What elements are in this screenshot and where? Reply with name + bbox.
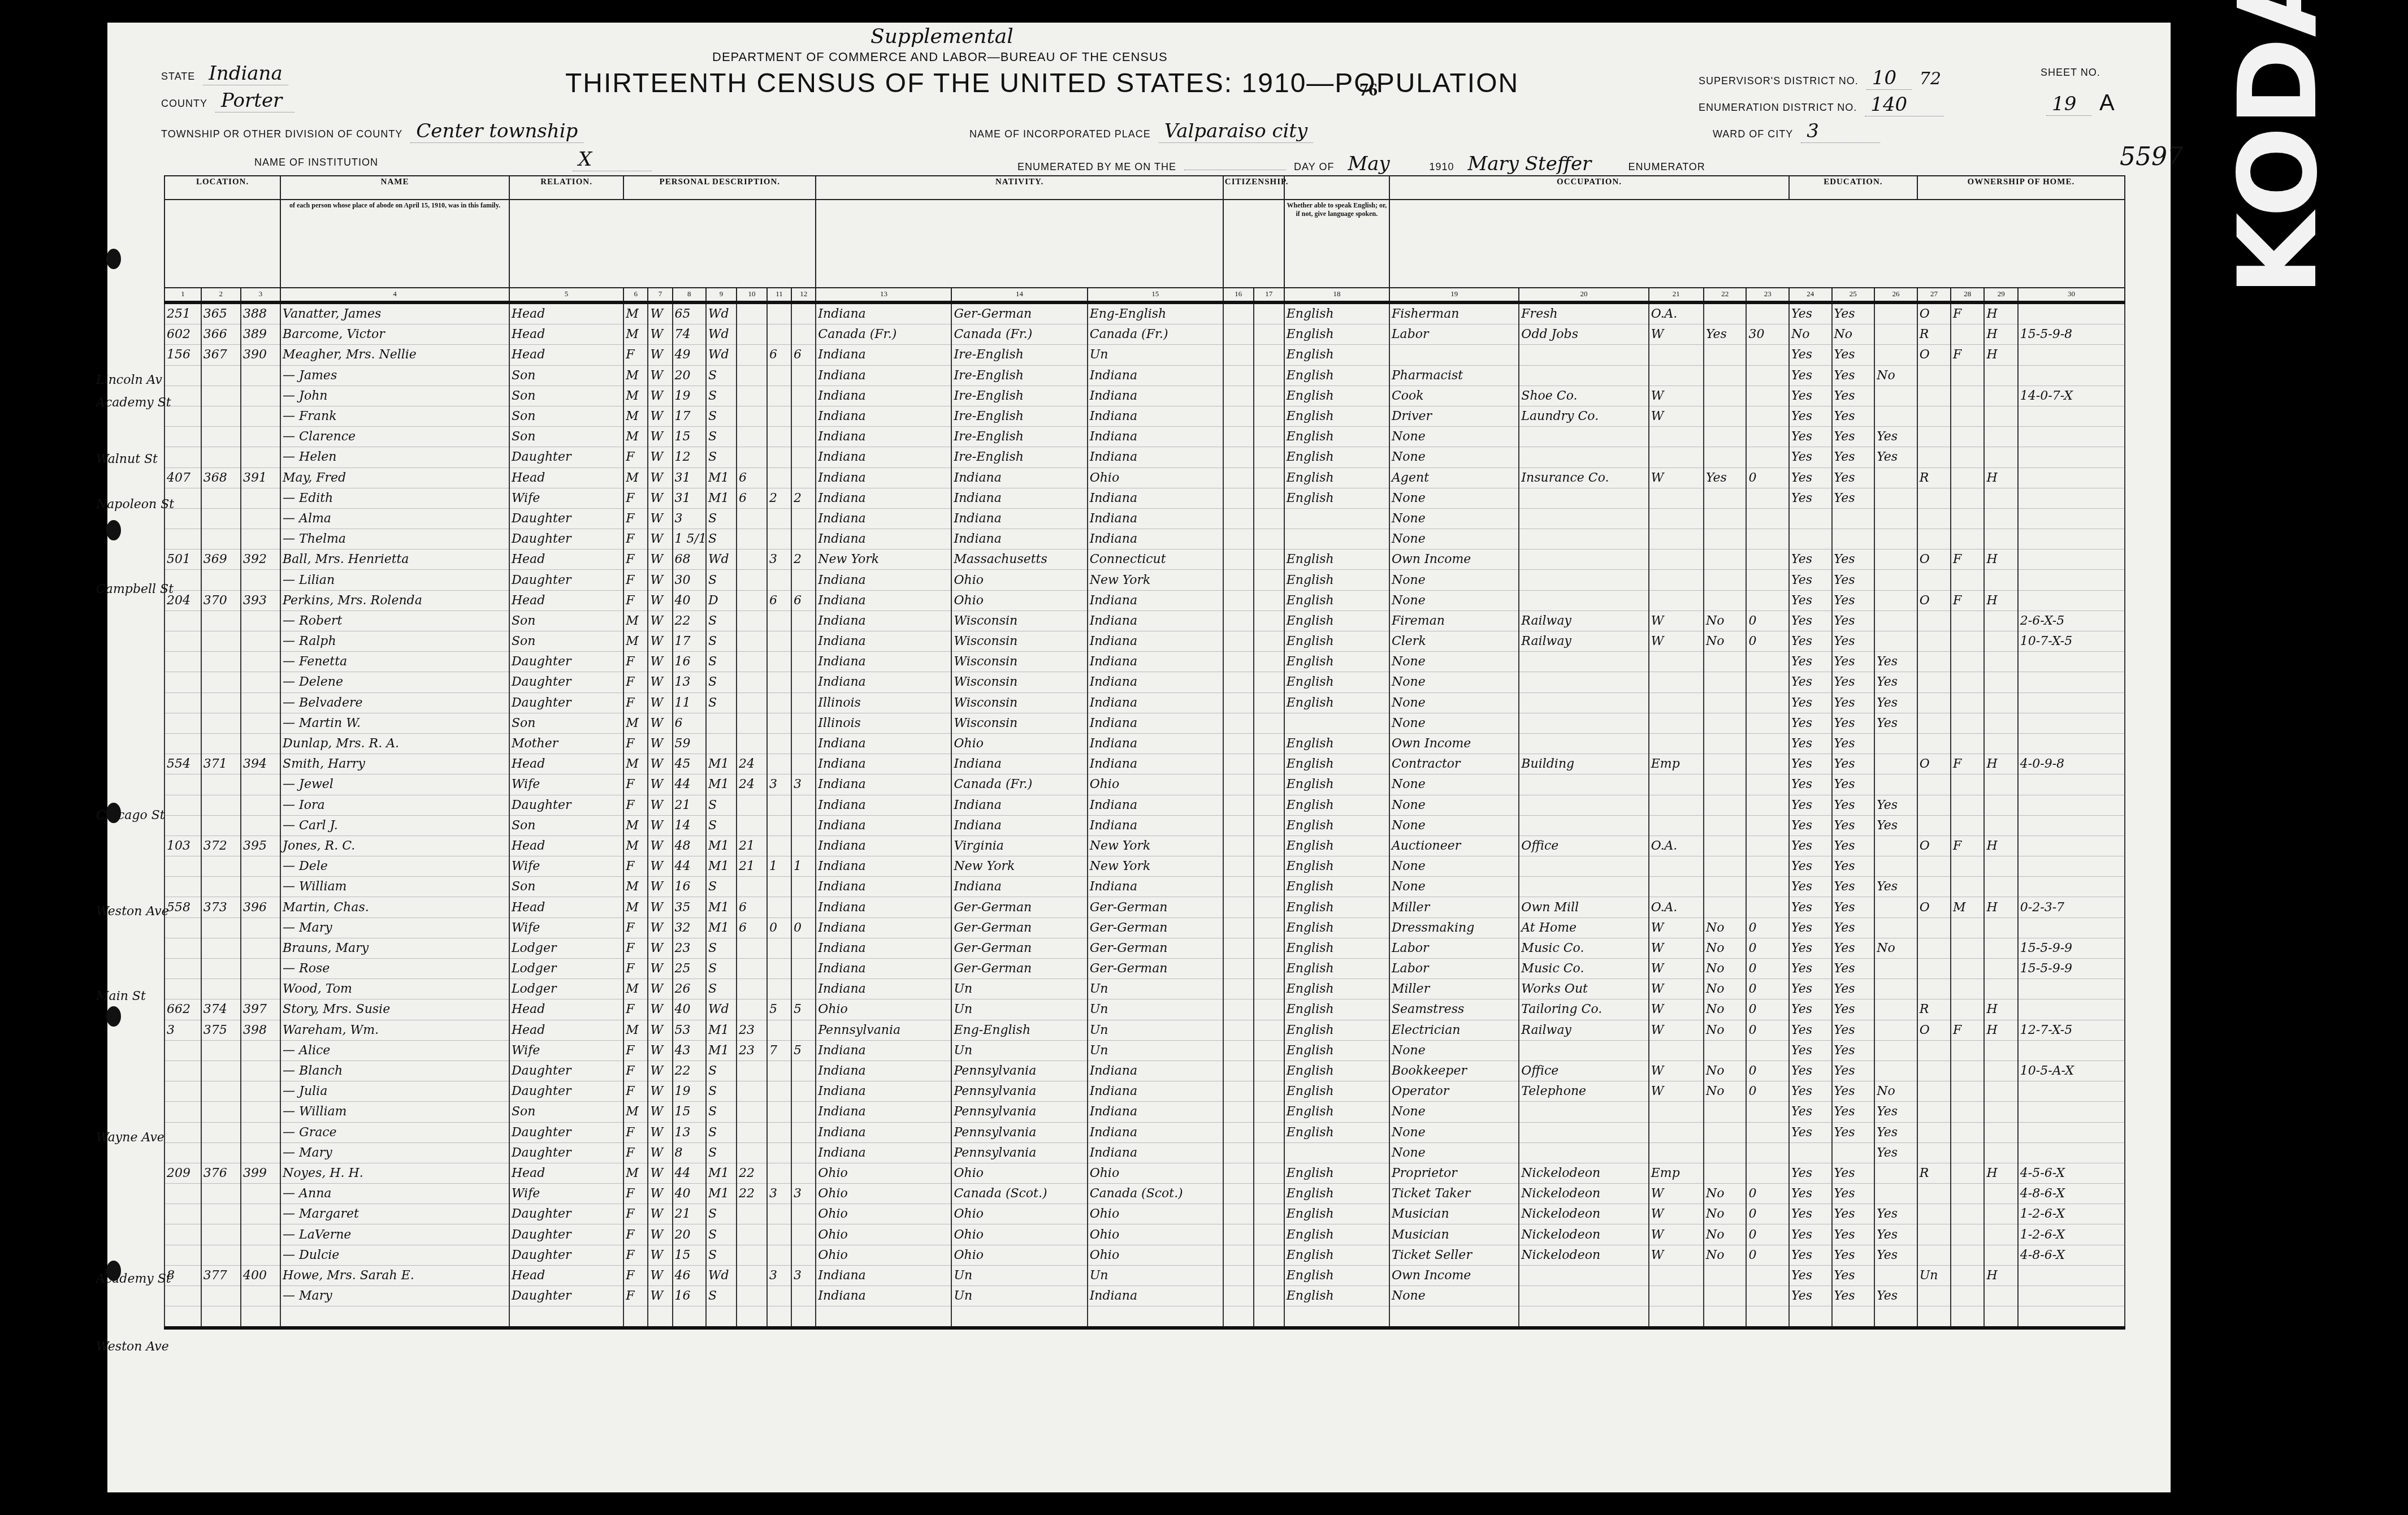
cell-trade: None	[1389, 570, 1519, 590]
cell-house-farm	[1984, 631, 2017, 652]
cell-birthplace: Indiana	[816, 631, 951, 652]
cell-father-bp: Ohio	[951, 1245, 1087, 1265]
cell-house	[164, 1286, 201, 1306]
cell-trade: None	[1389, 1102, 1519, 1122]
cell-class	[1649, 815, 1704, 836]
cell-write: Yes	[1832, 979, 1875, 999]
cell-out-of-work	[1704, 815, 1747, 836]
cell-trade: Driver	[1389, 406, 1519, 426]
cell-class: W	[1649, 959, 1704, 979]
cell-free	[1951, 1184, 1984, 1204]
cell-weeks-out	[1746, 1163, 1789, 1183]
cell-weeks-out: 30	[1746, 324, 1789, 345]
cell-mother-bp: Indiana	[1088, 427, 1223, 447]
cell-out-of-work	[1704, 672, 1747, 692]
cell-school	[1874, 302, 1917, 324]
cell-born	[767, 652, 791, 672]
cell-school: Yes	[1874, 652, 1917, 672]
cell-marital: S	[706, 652, 737, 672]
cell-age: 35	[673, 897, 706, 917]
cell-sched	[2018, 427, 2125, 447]
cell-father-bp: Ger-German	[951, 302, 1087, 324]
cell-dwelling	[201, 1142, 241, 1163]
cell-owned	[1917, 1184, 1951, 1204]
cell-owned	[1917, 529, 1951, 549]
cell-born	[767, 1306, 791, 1328]
cell-name: Martin, Chas.	[280, 897, 509, 917]
supervisor-no: 10	[1866, 67, 1912, 90]
cell-age: 44	[673, 774, 706, 795]
cell-cit1	[1223, 938, 1254, 958]
cell-cit2	[1254, 999, 1284, 1020]
census-row: — LilianDaughterFW30SIndianaOhioNew York…	[164, 570, 2125, 590]
census-row: — AlmaDaughterFW3SIndianaIndianaIndianaN…	[164, 508, 2125, 529]
cell-relation: Wife	[509, 1184, 623, 1204]
cell-father-bp: Ohio	[951, 590, 1087, 611]
cell-father-bp: Un	[951, 1265, 1087, 1285]
cell-industry: At Home	[1519, 917, 1648, 938]
cell-marital: M1	[706, 1020, 737, 1040]
cell-class	[1649, 692, 1704, 713]
cell-weeks-out	[1746, 590, 1789, 611]
cell-free	[1951, 959, 1984, 979]
cell-cit1	[1223, 692, 1254, 713]
cell-living: 2	[791, 488, 816, 508]
cell-owned	[1917, 365, 1951, 386]
cell-language: English	[1284, 1163, 1389, 1183]
cell-cit2	[1254, 447, 1284, 468]
cell-family	[241, 652, 280, 672]
cell-cit2	[1254, 302, 1284, 324]
cell-owned	[1917, 386, 1951, 406]
cell-trade: Bookkeeper	[1389, 1060, 1519, 1081]
cell-language: English	[1284, 447, 1389, 468]
census-row: — HelenDaughterFW12SIndianaIre-EnglishIn…	[164, 447, 2125, 468]
cell-write	[1832, 508, 1875, 529]
cell-read	[1789, 529, 1832, 549]
cell-father-bp: Ire-English	[951, 386, 1087, 406]
cell-years-married	[737, 302, 767, 324]
cell-weeks-out: 0	[1746, 468, 1789, 488]
census-row	[164, 1306, 2125, 1328]
cell-living	[791, 468, 816, 488]
cell-father-bp	[951, 1306, 1087, 1328]
cell-years-married	[737, 795, 767, 815]
cell-free: F	[1951, 754, 1984, 774]
cell-trade: None	[1389, 590, 1519, 611]
cell-dwelling	[201, 488, 241, 508]
cell-cit2	[1254, 754, 1284, 774]
cell-house-farm	[1984, 877, 2017, 897]
cell-sched	[2018, 1102, 2125, 1122]
cell-years-married: 6	[737, 897, 767, 917]
cell-out-of-work	[1704, 1306, 1747, 1328]
cell-born: 3	[767, 549, 791, 570]
cell-industry: Railway	[1519, 611, 1648, 631]
cell-father-bp: Ohio	[951, 733, 1087, 754]
cell-language: English	[1284, 365, 1389, 386]
cell-industry: Nickelodeon	[1519, 1163, 1648, 1183]
cell-write: Yes	[1832, 1265, 1875, 1285]
cell-house	[164, 427, 201, 447]
cell-marital: M1	[706, 488, 737, 508]
cell-trade: Seamstress	[1389, 999, 1519, 1020]
cell-birthplace: Indiana	[816, 856, 951, 877]
cell-family	[241, 447, 280, 468]
cell-house: 156	[164, 345, 201, 365]
cell-birthplace: Indiana	[816, 570, 951, 590]
cell-living: 3	[791, 1265, 816, 1285]
cell-family: 399	[241, 1163, 280, 1183]
cell-born	[767, 508, 791, 529]
street-label: Weston Ave	[96, 1340, 169, 1354]
cell-born	[767, 959, 791, 979]
cell-sched: 0-2-3-7	[2018, 897, 2125, 917]
cell-free	[1951, 1060, 1984, 1081]
cell-years-married	[737, 549, 767, 570]
census-row: — IoraDaughterFW21SIndianaIndianaIndiana…	[164, 795, 2125, 815]
cell-mother-bp: Indiana	[1088, 447, 1223, 468]
cell-language: English	[1284, 856, 1389, 877]
cell-write: Yes	[1832, 856, 1875, 877]
cell-out-of-work: No	[1704, 999, 1747, 1020]
cell-mother-bp: Indiana	[1088, 672, 1223, 692]
cell-school	[1874, 611, 1917, 631]
cell-age: 45	[673, 754, 706, 774]
cell-years-married: 23	[737, 1040, 767, 1060]
cell-relation: Head	[509, 324, 623, 345]
cell-free	[1951, 1040, 1984, 1060]
cell-years-married: 6	[737, 917, 767, 938]
supervisor-district-field: SUPERVISOR'S DISTRICT NO. 10 72	[1699, 67, 1941, 90]
cell-sex: F	[623, 1142, 648, 1163]
cell-birthplace: Ohio	[816, 1204, 951, 1224]
cell-read: Yes	[1789, 1224, 1832, 1245]
cell-read: Yes	[1789, 672, 1832, 692]
cell-marital: S	[706, 508, 737, 529]
cell-write: Yes	[1832, 631, 1875, 652]
cell-birthplace: Indiana	[816, 302, 951, 324]
cell-race: W	[648, 815, 672, 836]
cell-out-of-work	[1704, 529, 1747, 549]
cell-house	[164, 1122, 201, 1142]
cell-house-farm	[1984, 1102, 2017, 1122]
cell-owned	[1917, 815, 1951, 836]
cell-language: English	[1284, 302, 1389, 324]
cell-free	[1951, 1286, 1984, 1306]
cell-mother-bp: Un	[1088, 345, 1223, 365]
cell-out-of-work	[1704, 897, 1747, 917]
cell-years-married	[737, 713, 767, 733]
cell-free: F	[1951, 1020, 1984, 1040]
cell-weeks-out	[1746, 733, 1789, 754]
cell-house: 103	[164, 836, 201, 856]
cell-dwelling	[201, 529, 241, 549]
census-row: — MaryDaughterFW16SIndianaUnIndianaEngli…	[164, 1286, 2125, 1306]
cell-read: Yes	[1789, 590, 1832, 611]
cell-write: Yes	[1832, 406, 1875, 426]
cell-out-of-work: No	[1704, 1245, 1747, 1265]
cell-mother-bp: Indiana	[1088, 590, 1223, 611]
cell-born	[767, 447, 791, 468]
cell-weeks-out	[1746, 427, 1789, 447]
cell-free	[1951, 917, 1984, 938]
cell-school: Yes	[1874, 1245, 1917, 1265]
cell-years-married	[737, 1224, 767, 1245]
column-number: 17	[1254, 288, 1284, 302]
cell-house-farm	[1984, 774, 2017, 795]
cell-house-farm: H	[1984, 1265, 2017, 1285]
cell-language: English	[1284, 652, 1389, 672]
cell-cit1	[1223, 406, 1254, 426]
cell-cit1	[1223, 345, 1254, 365]
cell-father-bp: Indiana	[951, 468, 1087, 488]
cell-class	[1649, 570, 1704, 590]
cell-read: No	[1789, 324, 1832, 345]
cell-sex: M	[623, 406, 648, 426]
cell-sex: M	[623, 713, 648, 733]
cell-marital: S	[706, 447, 737, 468]
cell-house-farm	[1984, 713, 2017, 733]
cell-sex: F	[623, 1286, 648, 1306]
cell-mother-bp: Indiana	[1088, 1122, 1223, 1142]
cell-dwelling	[201, 570, 241, 590]
cell-sex: F	[623, 1081, 648, 1102]
cell-family	[241, 529, 280, 549]
cell-born	[767, 979, 791, 999]
cell-read: Yes	[1789, 754, 1832, 774]
cell-born	[767, 1081, 791, 1102]
cell-marital	[706, 1306, 737, 1328]
cell-marital: Wd	[706, 999, 737, 1020]
cell-name: — Alice	[280, 1040, 509, 1060]
cell-write: Yes	[1832, 1184, 1875, 1204]
cell-cit1	[1223, 774, 1254, 795]
cell-weeks-out	[1746, 570, 1789, 590]
cell-language: English	[1284, 1102, 1389, 1122]
cell-free	[1951, 999, 1984, 1020]
cell-name: — Jewel	[280, 774, 509, 795]
cell-family	[241, 1245, 280, 1265]
cell-born	[767, 1060, 791, 1081]
cell-name: Meagher, Mrs. Nellie	[280, 345, 509, 365]
cell-language	[1284, 1306, 1389, 1328]
cell-industry: Fresh	[1519, 302, 1648, 324]
cell-cit1	[1223, 1286, 1254, 1306]
cell-dwelling	[201, 733, 241, 754]
cell-born	[767, 324, 791, 345]
cell-father-bp: Ger-German	[951, 917, 1087, 938]
cell-trade: None	[1389, 692, 1519, 713]
cell-birthplace: Indiana	[816, 754, 951, 774]
cell-marital: S	[706, 611, 737, 631]
cell-trade: None	[1389, 488, 1519, 508]
cell-write: Yes	[1832, 549, 1875, 570]
cell-sex: F	[623, 795, 648, 815]
cell-mother-bp: Indiana	[1088, 815, 1223, 836]
cell-owned: R	[1917, 324, 1951, 345]
cell-cit1	[1223, 897, 1254, 917]
cell-name: — Delene	[280, 672, 509, 692]
cell-free	[1951, 324, 1984, 345]
cell-years-married: 21	[737, 836, 767, 856]
cell-years-married: 24	[737, 774, 767, 795]
cell-family	[241, 365, 280, 386]
group-name: NAME	[280, 176, 509, 200]
cell-race: W	[648, 713, 672, 733]
cell-out-of-work	[1704, 733, 1747, 754]
cell-language: English	[1284, 488, 1389, 508]
cell-relation: Lodger	[509, 979, 623, 999]
cell-write: Yes	[1832, 1224, 1875, 1245]
cell-dwelling	[201, 877, 241, 897]
cell-house	[164, 877, 201, 897]
cell-free	[1951, 1245, 1984, 1265]
cell-trade: Own Income	[1389, 549, 1519, 570]
cell-weeks-out	[1746, 508, 1789, 529]
cell-relation: Head	[509, 345, 623, 365]
street-label: Chicago St	[96, 808, 165, 823]
cell-name: — James	[280, 365, 509, 386]
cell-class: W	[1649, 1204, 1704, 1224]
cell-marital: M1	[706, 856, 737, 877]
cell-name: — Helen	[280, 447, 509, 468]
census-row: — MargaretDaughterFW21SOhioOhioOhioEngli…	[164, 1204, 2125, 1224]
cell-race: W	[648, 1081, 672, 1102]
cell-father-bp: Indiana	[951, 529, 1087, 549]
cell-cit2	[1254, 1204, 1284, 1224]
cell-school: Yes	[1874, 672, 1917, 692]
cell-years-married	[737, 1245, 767, 1265]
cell-industry	[1519, 692, 1648, 713]
cell-weeks-out	[1746, 774, 1789, 795]
cell-language: English	[1284, 1224, 1389, 1245]
cell-marital	[706, 733, 737, 754]
cell-house-farm: H	[1984, 836, 2017, 856]
cell-race: W	[648, 345, 672, 365]
cell-family	[241, 672, 280, 692]
group-education: EDUCATION.	[1789, 176, 1917, 200]
cell-cit2	[1254, 1286, 1284, 1306]
cell-living	[791, 713, 816, 733]
cell-cit2	[1254, 979, 1284, 999]
cell-free: M	[1951, 897, 1984, 917]
cell-years-married: 21	[737, 856, 767, 877]
cell-school	[1874, 1060, 1917, 1081]
cell-trade: None	[1389, 652, 1519, 672]
cell-marital: S	[706, 406, 737, 426]
cell-born	[767, 733, 791, 754]
cell-cit2	[1254, 733, 1284, 754]
cell-read: Yes	[1789, 795, 1832, 815]
cell-marital: M1	[706, 468, 737, 488]
cell-age: 13	[673, 1122, 706, 1142]
cell-name: — Grace	[280, 1122, 509, 1142]
cell-trade: Fisherman	[1389, 302, 1519, 324]
cell-born: 1	[767, 856, 791, 877]
cell-years-married	[737, 1204, 767, 1224]
cell-marital: D	[706, 590, 737, 611]
cell-industry	[1519, 365, 1648, 386]
cell-house: 662	[164, 999, 201, 1020]
cell-dwelling	[201, 917, 241, 938]
cell-race: W	[648, 959, 672, 979]
column-number: 14	[951, 288, 1087, 302]
cell-house-farm	[1984, 611, 2017, 631]
cell-industry	[1519, 877, 1648, 897]
column-number: 3	[241, 288, 280, 302]
column-number: 18	[1284, 288, 1389, 302]
cell-name: — Mary	[280, 1286, 509, 1306]
cell-race: W	[648, 938, 672, 958]
cell-family	[241, 1286, 280, 1306]
census-row: 204370393Perkins, Mrs. RolendaHeadFW40D6…	[164, 590, 2125, 611]
cell-dwelling	[201, 631, 241, 652]
cell-free: F	[1951, 302, 1984, 324]
cell-read: Yes	[1789, 427, 1832, 447]
cell-house-farm: H	[1984, 1020, 2017, 1040]
cell-out-of-work: No	[1704, 1081, 1747, 1102]
cell-living	[791, 1306, 816, 1328]
cell-birthplace: Ohio	[816, 1245, 951, 1265]
cell-family	[241, 795, 280, 815]
cell-relation: Daughter	[509, 1122, 623, 1142]
cell-industry	[1519, 1102, 1648, 1122]
cell-name: Smith, Harry	[280, 754, 509, 774]
cell-house-farm	[1984, 733, 2017, 754]
cell-owned: R	[1917, 468, 1951, 488]
cell-trade: None	[1389, 1286, 1519, 1306]
cell-family: 396	[241, 897, 280, 917]
cell-school: Yes	[1874, 1224, 1917, 1245]
cell-house-farm: H	[1984, 897, 2017, 917]
cell-cit1	[1223, 427, 1254, 447]
cell-sched	[2018, 672, 2125, 692]
cell-family	[241, 427, 280, 447]
cell-years-married	[737, 1081, 767, 1102]
cell-father-bp: Indiana	[951, 488, 1087, 508]
census-row: 501369392Ball, Mrs. HenriettaHeadFW68Wd3…	[164, 549, 2125, 570]
census-row: — WilliamSonMW15SIndianaPennsylvaniaIndi…	[164, 1102, 2125, 1122]
cell-living	[791, 1020, 816, 1040]
cell-years-married	[737, 529, 767, 549]
cell-owned	[1917, 938, 1951, 958]
cell-dwelling	[201, 692, 241, 713]
cell-family	[241, 386, 280, 406]
cell-free	[1951, 365, 1984, 386]
cell-industry	[1519, 488, 1648, 508]
cell-sex: F	[623, 1204, 648, 1224]
cell-mother-bp: Un	[1088, 1040, 1223, 1060]
cell-relation: Daughter	[509, 1142, 623, 1163]
film-brand-strip: KODAK	[2193, 23, 2363, 418]
cell-born	[767, 1163, 791, 1183]
cell-race: W	[648, 652, 672, 672]
cell-mother-bp: Canada (Scot.)	[1088, 1184, 1223, 1204]
film-brand: KODAK	[2218, 0, 2339, 296]
street-label: Wayne Ave	[96, 1131, 164, 1145]
cell-name: Wareham, Wm.	[280, 1020, 509, 1040]
cell-marital: S	[706, 1224, 737, 1245]
cell-age: 3	[673, 508, 706, 529]
cell-father-bp: Wisconsin	[951, 713, 1087, 733]
cell-years-married	[737, 815, 767, 836]
cell-name: — Lilian	[280, 570, 509, 590]
cell-relation: Daughter	[509, 1204, 623, 1224]
cell-race: W	[648, 795, 672, 815]
cell-sex: F	[623, 1122, 648, 1142]
cell-father-bp: Pennsylvania	[951, 1060, 1087, 1081]
